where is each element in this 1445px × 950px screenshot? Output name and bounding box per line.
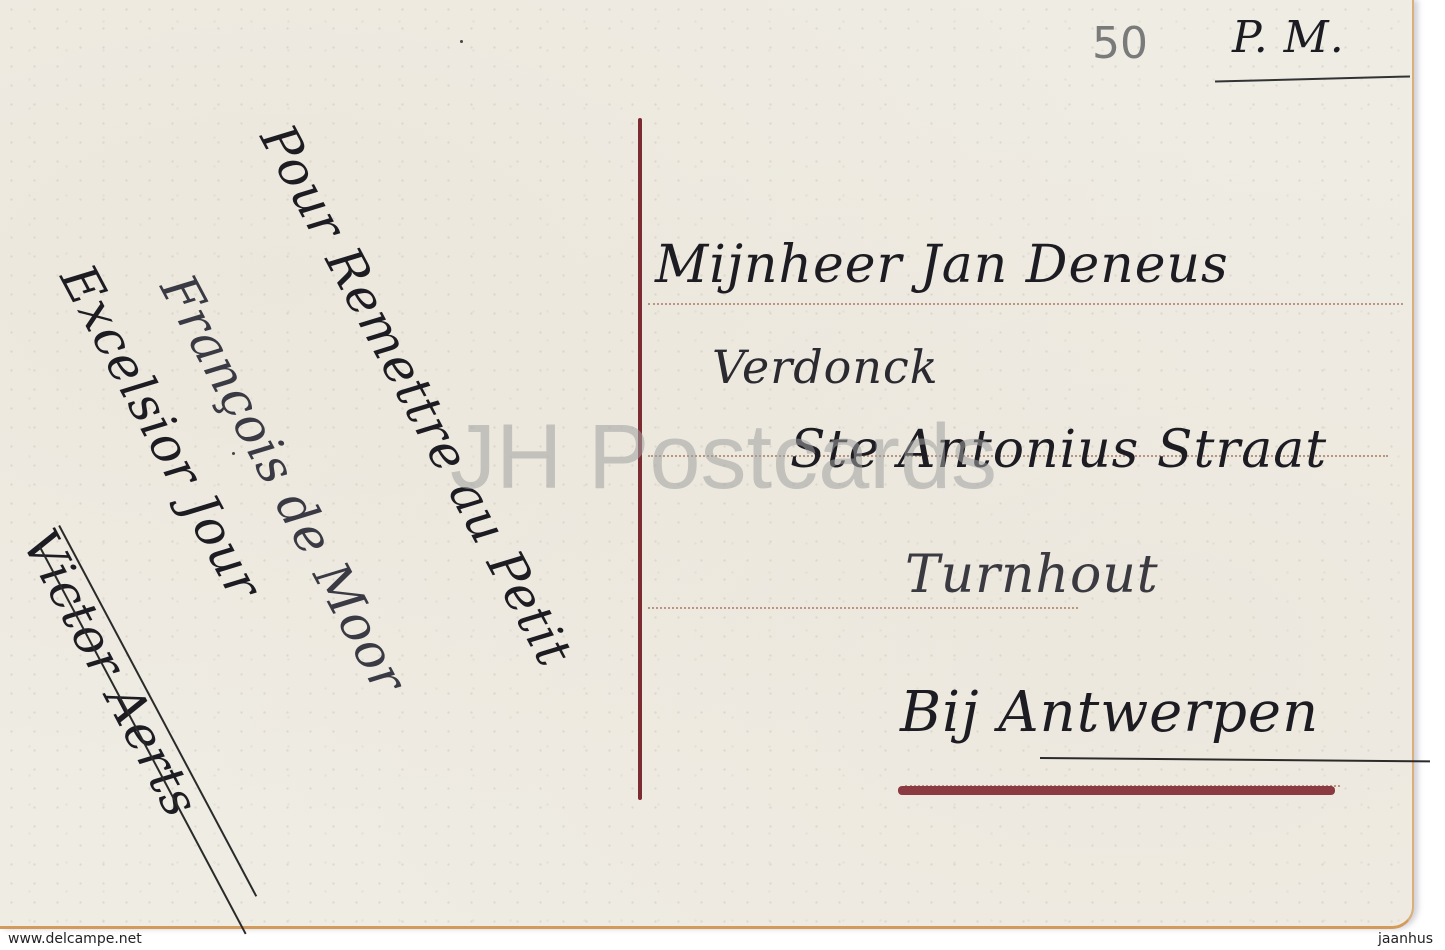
card-divider-line — [638, 118, 642, 800]
page: 50 P. M. Pour Remettre au Petit François… — [0, 0, 1445, 950]
region-ink-underline — [1040, 757, 1430, 762]
address-underline-bar — [898, 786, 1335, 795]
ink-speck — [460, 40, 463, 43]
corner-initials: P. M. — [1232, 12, 1345, 63]
address-dotted-line-3 — [648, 607, 1078, 609]
pencil-number: 50 — [1092, 18, 1148, 69]
address-recipient: Mijnheer Jan Deneus — [655, 235, 1229, 295]
message-signature: Victor Aerts — [11, 520, 211, 827]
address-line-2: Verdonck — [712, 340, 939, 394]
address-dotted-line-1 — [648, 303, 1403, 305]
footer-credit-left[interactable]: www.delcampe.net — [8, 931, 142, 947]
signature-underline — [38, 545, 246, 934]
postcard-back: 50 P. M. Pour Remettre au Petit François… — [0, 0, 1414, 929]
corner-underline — [1215, 75, 1410, 82]
address-street: Ste Antonius Straat — [790, 420, 1327, 480]
ink-speck — [232, 452, 235, 455]
address-region: Bij Antwerpen — [900, 680, 1319, 745]
address-city: Turnhout — [905, 545, 1159, 605]
footer-credit-right: jaanhus — [1378, 931, 1433, 947]
message-line-1: Pour Remettre au Petit — [249, 115, 584, 676]
